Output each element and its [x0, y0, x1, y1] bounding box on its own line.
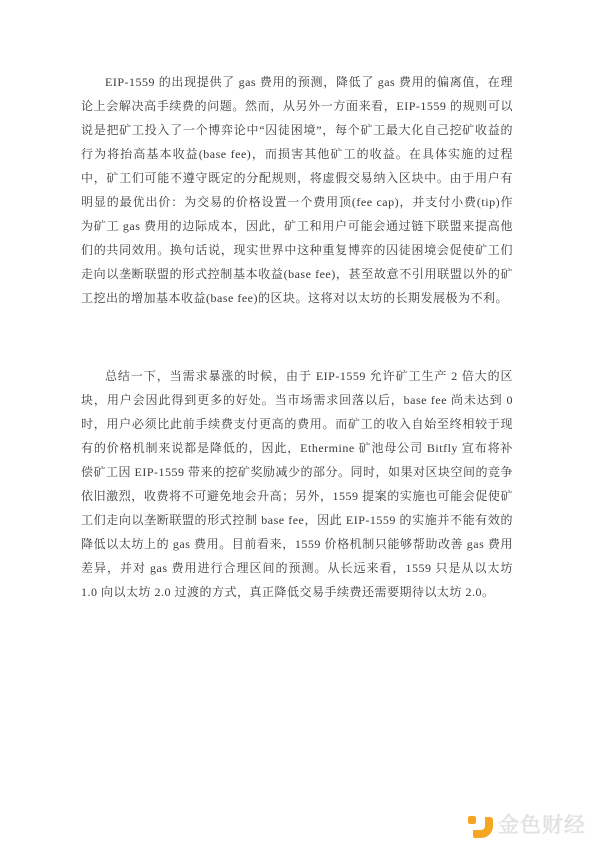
jinse-logo-icon	[468, 813, 493, 838]
logo-j-shape	[473, 817, 493, 838]
document-page: EIP-1559 的出现提供了 gas 费用的预测，降低了 gas 费用的偏离值…	[0, 0, 600, 849]
watermark-brand-text: 金色财经	[498, 813, 586, 838]
paragraph-2: 总结一下，当需求暴涨的时候，由于 EIP-1559 允许矿工生产 2 倍大的区块…	[81, 364, 513, 604]
jinse-watermark: 金色财经	[468, 813, 586, 838]
paragraph-1: EIP-1559 的出现提供了 gas 费用的预测，降低了 gas 费用的偏离值…	[81, 70, 513, 310]
article-body: EIP-1559 的出现提供了 gas 费用的预测，降低了 gas 费用的偏离值…	[81, 70, 513, 604]
